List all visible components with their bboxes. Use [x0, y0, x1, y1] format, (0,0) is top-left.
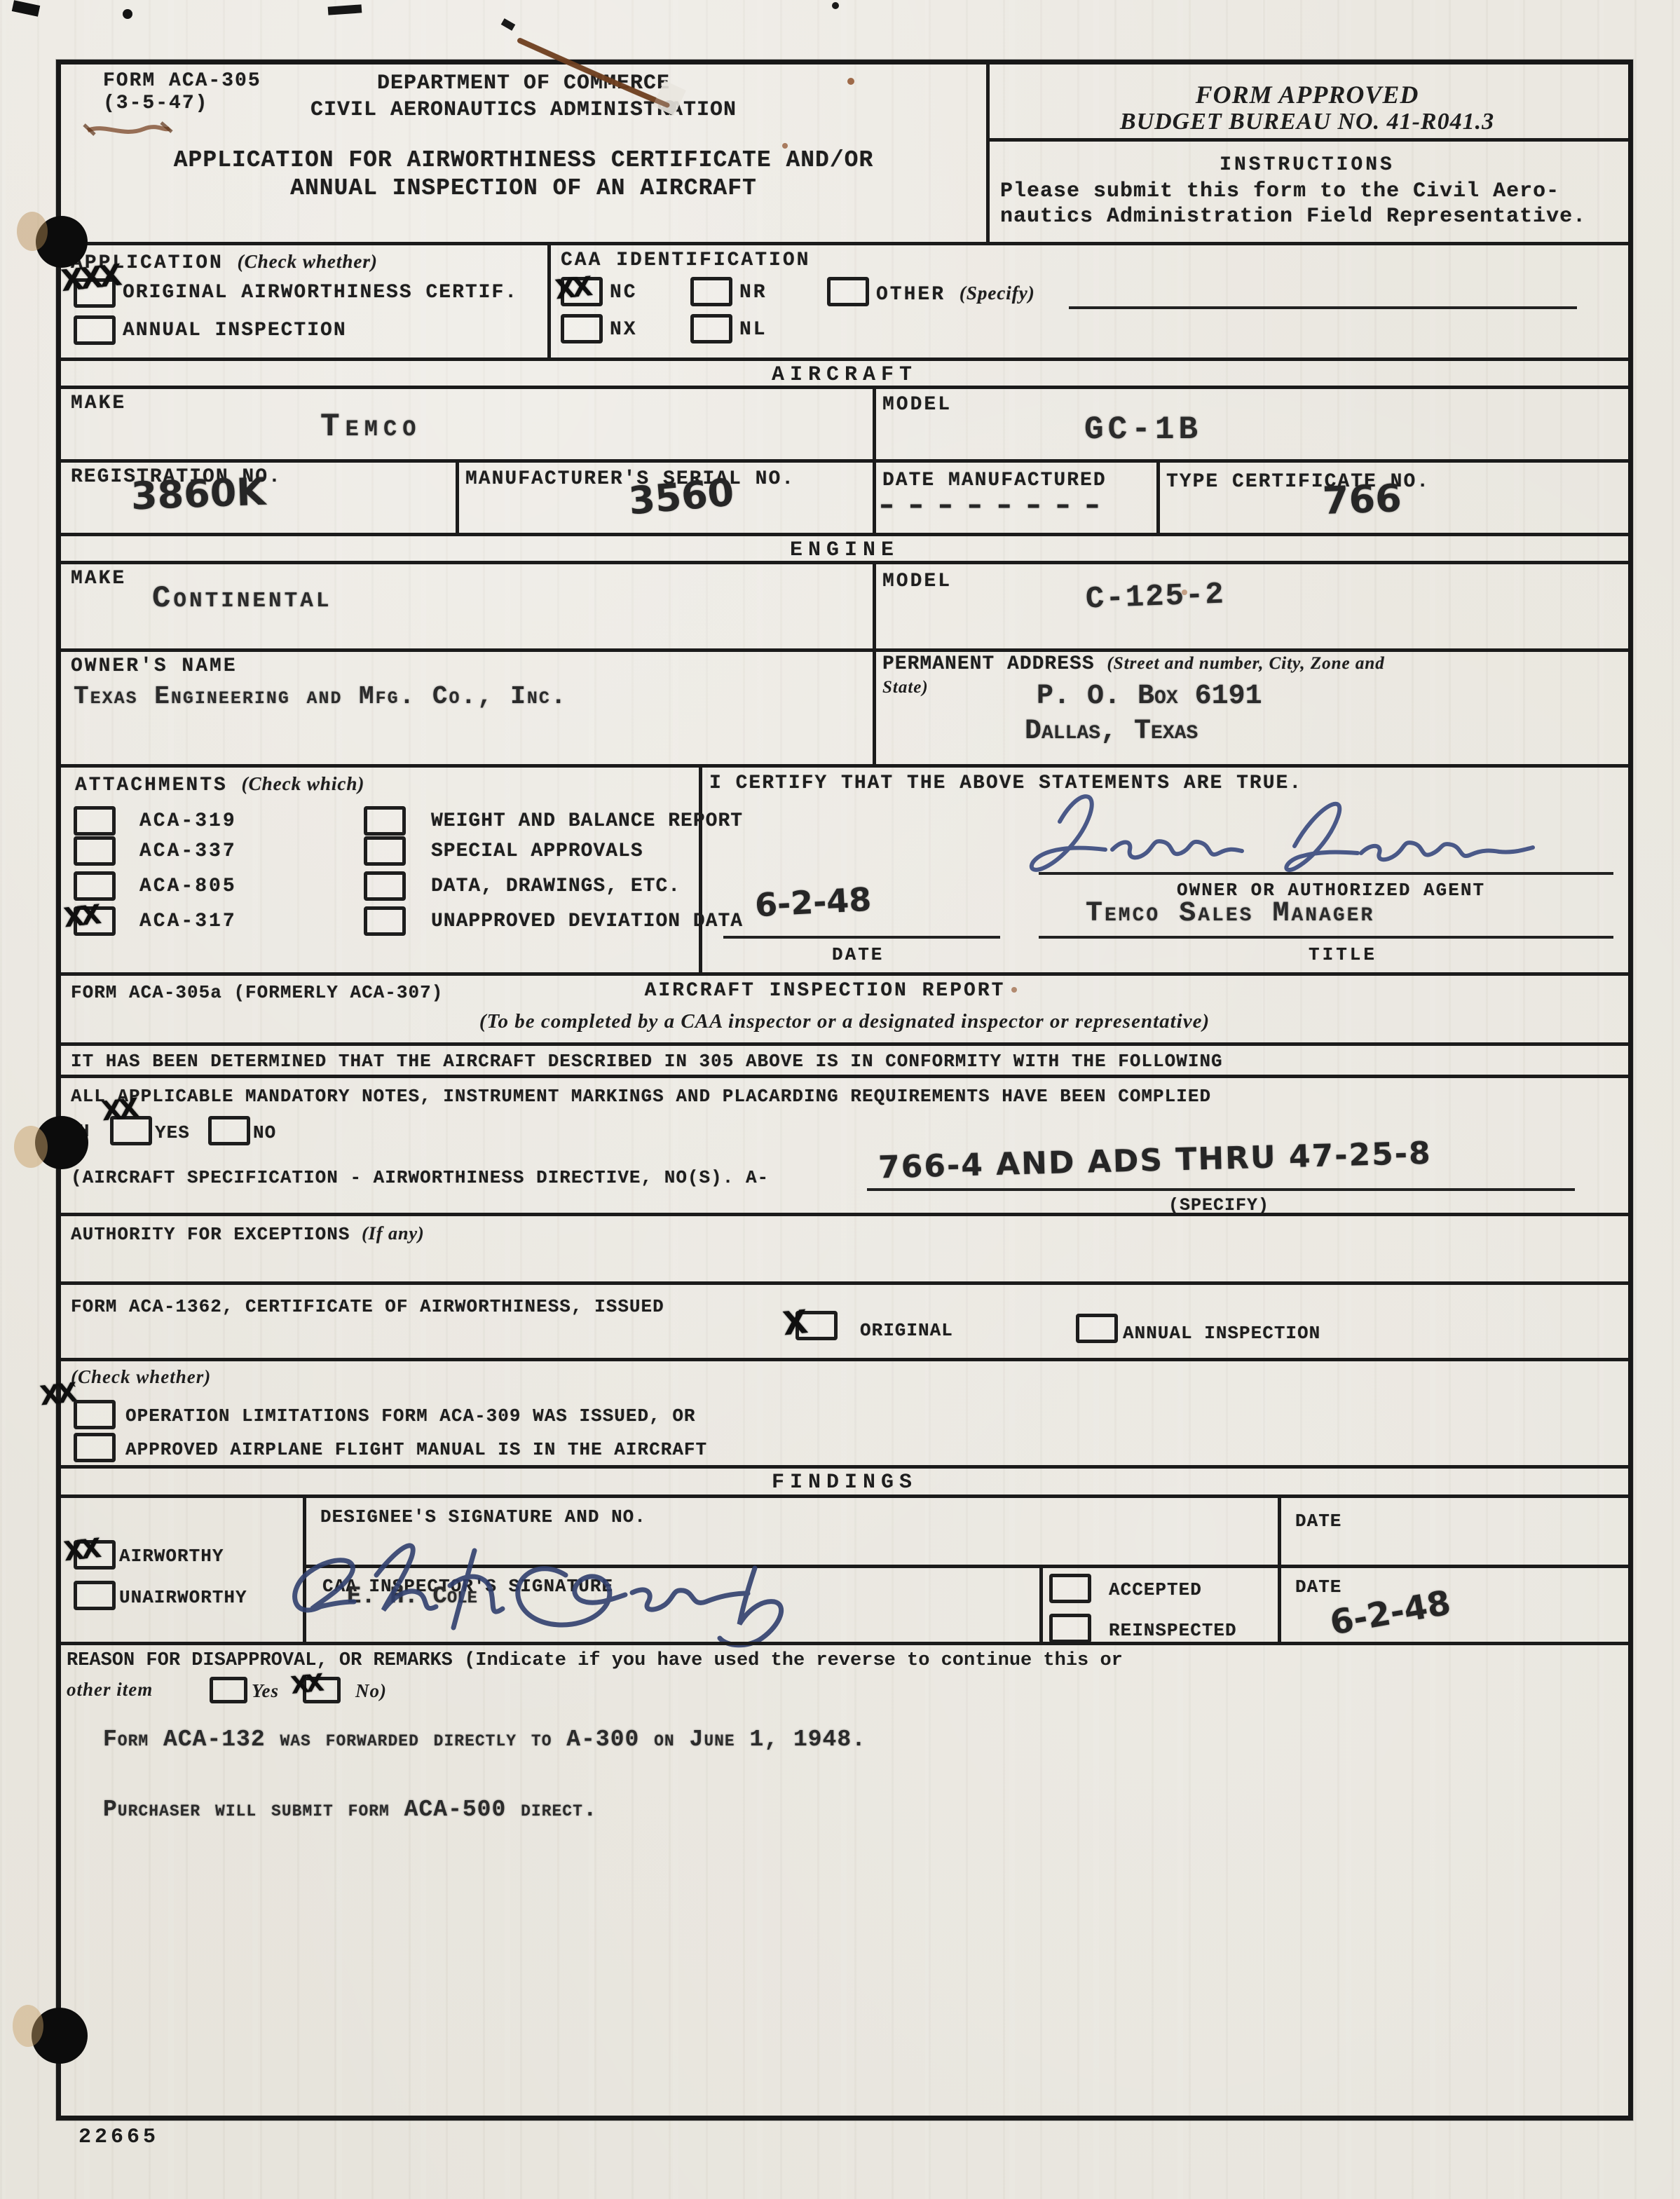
- remarks-label-line1: REASON FOR DISAPPROVAL, OR REMARKS (Indi…: [67, 1650, 1123, 1671]
- application-hint: (Check whether): [238, 251, 378, 272]
- unapproved-deviation-label: UNAPPROVED DEVIATION DATA: [431, 911, 743, 933]
- certification-date-value: 6-2-48: [754, 883, 872, 922]
- date-caption: DATE: [832, 945, 884, 966]
- attachments-label: ATTACHMENTS (Check which): [75, 772, 364, 797]
- checkbox-other[interactable]: [827, 277, 869, 306]
- date-line[interactable]: [723, 936, 1000, 939]
- engine-model-value: C-125-2: [1085, 577, 1226, 619]
- checkmark-issued-original: X: [781, 1306, 806, 1340]
- date-manufactured-value: – – – – – – – –: [880, 491, 1102, 519]
- document-serial-number: 22665: [78, 2125, 159, 2149]
- aircraft-section-label: AIRCRAFT: [61, 363, 1628, 387]
- owner-name-value: Texas Engineering and Mfg. Co., Inc.: [74, 681, 568, 712]
- checkbox-reinspected[interactable]: [1049, 1614, 1091, 1643]
- unairworthy-label: UNAIRWORTHY: [119, 1586, 247, 1610]
- inspector-date-label: DATE: [1295, 1576, 1341, 1600]
- determination-text: IT HAS BEEN DETERMINED THAT THE AIRCRAFT…: [71, 1050, 1223, 1074]
- checkbox-nl[interactable]: [690, 314, 732, 343]
- owner-signature-line[interactable]: [1039, 872, 1613, 875]
- engine-make-label: MAKE: [71, 568, 126, 590]
- special-approvals-label: SPECIAL APPROVALS: [431, 840, 643, 863]
- reinspected-label: REINSPECTED: [1109, 1619, 1237, 1643]
- title-line[interactable]: [1039, 936, 1613, 939]
- other-hint: (Specify): [959, 282, 1035, 304]
- authority-label: AUTHORITY FOR EXCEPTIONS (If any): [71, 1223, 425, 1247]
- reverse-no-label: No): [355, 1680, 387, 1702]
- aca-805-label: ACA-805: [139, 876, 237, 898]
- checkbox-reverse-yes[interactable]: [210, 1677, 247, 1703]
- checkbox-weight-balance[interactable]: [364, 806, 406, 836]
- spec-value: 766-4 AND ADS THRU 47-25-8: [878, 1138, 1433, 1184]
- address-line2: Dallas, Texas: [1025, 715, 1198, 749]
- checkbox-nx[interactable]: [561, 314, 603, 343]
- designee-date-label: DATE: [1295, 1510, 1341, 1534]
- instructions-line1: Please submit this form to the Civil Aer…: [1000, 178, 1559, 205]
- nr-label: NR: [739, 282, 767, 304]
- remarks-note-line1: Form ACA-132 was forwarded directly to A…: [103, 1726, 866, 1754]
- checkbox-flight-manual[interactable]: [74, 1433, 116, 1462]
- original-airworthiness-label: ORIGINAL AIRWORTHINESS CERTIF.: [123, 282, 518, 304]
- remarks-label-line2: other item: [67, 1678, 153, 1701]
- aircraft-make-value: Temco: [320, 408, 421, 447]
- checkbox-unapproved-deviation[interactable]: [364, 906, 406, 936]
- checkbox-accepted[interactable]: [1049, 1574, 1091, 1603]
- other-specify-line[interactable]: [1069, 306, 1577, 309]
- attachments-hint: (Check which): [242, 773, 365, 794]
- remarks-note-line2: Purchaser will submit form ACA-500 direc…: [103, 1796, 598, 1824]
- form-border: FORM ACA-305 (3-5-47) DEPARTMENT OF COMM…: [56, 60, 1633, 2120]
- form-approved-line2: BUDGET BUREAU NO. 41-R041.3: [986, 108, 1628, 137]
- checkmark-aca-317: XX: [62, 901, 99, 932]
- address-line1: P. O. Box 6191: [1037, 680, 1262, 714]
- form-approved-line1: FORM APPROVED: [986, 80, 1628, 110]
- registration-value: 3860K: [130, 473, 266, 516]
- type-certificate-value: 766: [1322, 479, 1402, 520]
- issued-annual-label: ANNUAL INSPECTION: [1123, 1322, 1320, 1346]
- complied-yes-label: YES: [155, 1122, 190, 1145]
- checkbox-aca-337[interactable]: [74, 836, 116, 866]
- checkmark-complied-yes: XX: [100, 1095, 137, 1125]
- page-title-line2: ANNUAL INSPECTION OF AN AIRCRAFT: [61, 175, 986, 201]
- checkmark-original-airworthiness: XXX: [60, 261, 120, 296]
- checkbox-nr[interactable]: [690, 277, 732, 306]
- engine-make-value: Continental: [152, 580, 332, 618]
- reverse-yes-label: Yes: [252, 1680, 279, 1702]
- accepted-label: ACCEPTED: [1109, 1579, 1202, 1602]
- weight-balance-label: WEIGHT AND BALANCE REPORT: [431, 810, 743, 833]
- aca1362-label: FORM ACA-1362, CERTIFICATE OF AIRWORTHIN…: [71, 1295, 664, 1319]
- checkbox-aca-805[interactable]: [74, 871, 116, 901]
- nc-label: NC: [610, 282, 638, 304]
- aircraft-make-label: MAKE: [71, 393, 126, 415]
- formerly-label: (FORMERLY ACA-307): [233, 982, 443, 1003]
- complied-no-label: NO: [253, 1122, 276, 1145]
- aircraft-model-label: MODEL: [882, 394, 952, 416]
- checkmark-nc: XX: [554, 273, 590, 304]
- checkmark-op-limitations: XX: [39, 1380, 75, 1410]
- airworthy-label: AIRWORTHY: [119, 1545, 224, 1569]
- aircraft-model-value: GC-1B: [1084, 411, 1202, 449]
- inspection-report-subtitle: (To be completed by a CAA inspector or a…: [61, 1009, 1628, 1034]
- serial-value: 3560: [627, 474, 735, 521]
- data-drawings-label: DATA, DRAWINGS, ETC.: [431, 876, 681, 898]
- checkbox-complied-no[interactable]: [208, 1116, 250, 1145]
- nx-label: NX: [610, 319, 638, 341]
- spec-line[interactable]: [867, 1188, 1575, 1191]
- inspector-signature: [271, 1526, 846, 1656]
- issued-original-label: ORIGINAL: [860, 1319, 953, 1343]
- checkbox-aca-319[interactable]: [74, 806, 116, 836]
- spec-label: (AIRCRAFT SPECIFICATION - AIRWORTHINESS …: [71, 1166, 769, 1190]
- aca-337-label: ACA-337: [139, 840, 237, 863]
- mandatory-text: ALL APPLICABLE MANDATORY NOTES, INSTRUME…: [71, 1085, 1211, 1109]
- caa-identification-label: CAA IDENTIFICATION: [561, 250, 810, 272]
- instructions-title: INSTRUCTIONS: [986, 154, 1628, 177]
- certification-title-value: Temco Sales Manager: [1086, 897, 1374, 931]
- checkmark-airworthy: XX: [62, 1535, 99, 1565]
- checkbox-annual-inspection[interactable]: [74, 315, 116, 345]
- engine-model-label: MODEL: [882, 571, 952, 593]
- department-line: DEPARTMENT OF COMMERCE: [61, 72, 986, 95]
- other-label: OTHER (Specify): [876, 282, 1035, 306]
- flight-manual-label: APPROVED AIRPLANE FLIGHT MANUAL IS IN TH…: [125, 1438, 707, 1462]
- aca-319-label: ACA-319: [139, 810, 237, 833]
- authority-hint: (If any): [362, 1223, 425, 1244]
- checkbox-op-limitations[interactable]: [74, 1400, 116, 1429]
- check-whether-hint: (Check whether): [71, 1366, 211, 1388]
- address-hint: (Street and number, City, Zone and: [1107, 654, 1384, 673]
- instructions-line2: nautics Administration Field Representat…: [1000, 203, 1586, 231]
- page-title-line1: APPLICATION FOR AIRWORTHINESS CERTIFICAT…: [61, 147, 986, 173]
- mandatory-with: WITH: [43, 1120, 90, 1144]
- administration-line: CIVIL AERONAUTICS ADMINISTRATION: [61, 98, 986, 122]
- nl-label: NL: [739, 319, 767, 341]
- engine-section-label: ENGINE: [61, 538, 1628, 562]
- checkbox-issued-annual[interactable]: [1076, 1314, 1118, 1343]
- address-hint2: State): [882, 677, 929, 698]
- divider: [986, 138, 1628, 142]
- checkbox-unairworthy[interactable]: [74, 1581, 116, 1610]
- owner-name-label: OWNER'S NAME: [71, 655, 238, 678]
- annual-inspection-label: ANNUAL INSPECTION: [123, 320, 347, 342]
- findings-section-label: FINDINGS: [61, 1471, 1628, 1495]
- form-305a-label: FORM ACA-305a (FORMERLY ACA-307): [71, 981, 443, 1005]
- aca-317-label: ACA-317: [139, 911, 237, 933]
- op-limitations-label: OPERATION LIMITATIONS FORM ACA-309 WAS I…: [125, 1405, 696, 1429]
- checkbox-data-drawings[interactable]: [364, 871, 406, 901]
- checkmark-reverse-no: XX: [289, 1671, 322, 1698]
- checkbox-special-approvals[interactable]: [364, 836, 406, 866]
- inspection-report-title: AIRCRAFT INSPECTION REPORT: [510, 980, 1140, 1002]
- permanent-address-label: PERMANENT ADDRESS (Street and number, Ci…: [882, 653, 1385, 676]
- inspector-date-value: 6-2-48: [1327, 1586, 1453, 1640]
- title-caption: TITLE: [1309, 945, 1377, 966]
